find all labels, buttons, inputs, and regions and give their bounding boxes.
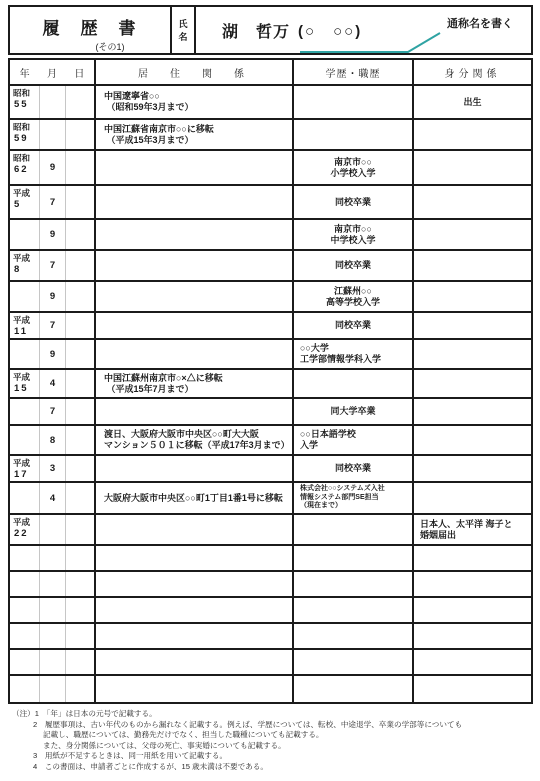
cell-year: 平成22 [10,515,40,544]
table-row [10,546,531,572]
era-label: 平成 [13,253,39,264]
history-table: 年 月 日 居 住 関 係 学歴・職歴 身分関係 昭和55 中国遼寧省○○ （昭… [8,58,533,704]
cell-residence [96,598,294,622]
cell-education [294,515,414,544]
cell-education [294,624,414,648]
cell-status [414,340,531,368]
cell-education [294,598,414,622]
year-value: 62 [13,164,39,175]
cell-day [66,650,96,674]
cell-status [414,313,531,338]
cell-residence: 大阪府大阪市中央区○○町1丁目1番1号に移転 [96,483,294,513]
column-header-date: 年 月 日 [10,60,96,84]
cell-year: 平成5 [10,186,40,218]
cell-residence [96,186,294,218]
form-title: 履 歴 書 [10,14,170,39]
cell-month: 4 [40,483,66,513]
note-line: 4 この書面は、申請者ごとに作成するが、15 歳未満は不要である。 [12,762,533,773]
cell-year [10,676,40,702]
cell-month [40,572,66,596]
cell-month [40,120,66,149]
cell-education [294,86,414,118]
cell-day [66,220,96,249]
note-line: 3 用紙が不足するときは、同一用紙を用いて記載する。 [12,751,533,762]
cell-status [414,120,531,149]
cell-residence: 中国江蘇省南京市○○に移転 （平成15年3月まで） [96,120,294,149]
column-header-education: 学歴・職歴 [294,60,414,84]
cell-status [414,399,531,424]
table-body: 昭和55 中国遼寧省○○ （昭和59年3月まで） 出生 昭和59 中国江蘇省南京… [10,86,531,702]
cell-education: 同校卒業 [294,186,414,218]
cell-month: 9 [40,151,66,184]
table-row: 平成22 日本人、太平洋 海子と 婚姻届出 [10,515,531,546]
name-label-char-2: 名 [178,32,187,42]
cell-year [10,399,40,424]
table-header-row: 年 月 日 居 住 関 係 学歴・職歴 身分関係 [10,60,531,86]
cell-education: 同校卒業 [294,313,414,338]
name-cell: 湖 哲万 (○ ○○) 通称名を書く [196,7,531,53]
cell-day [66,282,96,311]
cell-year [10,650,40,674]
notes: （注）1 「年」は日本の元号で記載する。2 履歴事項は、古い年代のものから漏れな… [8,709,533,772]
year-value: 55 [13,99,39,110]
cell-day [66,151,96,184]
cell-status [414,151,531,184]
cell-year [10,598,40,622]
cell-day [66,120,96,149]
table-row: 9 南京市○○ 中学校入学 [10,220,531,251]
cell-year: 昭和62 [10,151,40,184]
cell-education: 南京市○○ 小学校入学 [294,151,414,184]
table-row: 昭和55 中国遼寧省○○ （昭和59年3月まで） 出生 [10,86,531,120]
name-label-cell: 氏 名 [172,7,196,53]
cell-residence [96,151,294,184]
cell-residence [96,572,294,596]
cell-day [66,370,96,397]
cell-education: 江蘇州○○ 高等学校入学 [294,282,414,311]
table-row [10,676,531,702]
cell-day [66,456,96,481]
cell-month: 3 [40,456,66,481]
cell-education: ○○大学 工学部情報学科入学 [294,340,414,368]
table-row: 平成17 3 同校卒業 [10,456,531,483]
cell-year: 平成15 [10,370,40,397]
era-label: 昭和 [13,88,39,99]
year-value: 22 [13,528,39,539]
cell-education [294,120,414,149]
year-value: 5 [13,199,39,210]
cell-status [414,676,531,702]
era-label: 平成 [13,458,39,469]
cell-status [414,220,531,249]
cell-education: 株式会社○○システムズ入社 情報システム部門SE担当 （現在まで） [294,483,414,513]
table-row: 7 同大学卒業 [10,399,531,426]
era-label: 平成 [13,315,39,326]
cell-residence [96,676,294,702]
cell-education: 同校卒業 [294,251,414,280]
cell-month: 7 [40,186,66,218]
column-header-residence: 居 住 関 係 [96,60,294,84]
cell-education: 南京市○○ 中学校入学 [294,220,414,249]
cell-status [414,282,531,311]
cell-residence: 中国遼寧省○○ （昭和59年3月まで） [96,86,294,118]
cell-month [40,515,66,544]
form-header: 履 歴 書 (その1) 氏 名 湖 哲万 (○ ○○) 通称名を書く [8,5,533,55]
cell-status [414,598,531,622]
cell-month [40,598,66,622]
cell-day [66,399,96,424]
cell-month [40,86,66,118]
year-value: 11 [13,326,39,337]
era-label: 平成 [13,517,39,528]
cell-month [40,624,66,648]
era-label: 平成 [13,188,39,199]
cell-residence [96,650,294,674]
cell-status [414,370,531,397]
cell-year [10,572,40,596]
cell-month [40,676,66,702]
cell-education [294,572,414,596]
cell-education: 同校卒業 [294,456,414,481]
cell-education [294,676,414,702]
era-label: 昭和 [13,153,39,164]
cell-month [40,650,66,674]
column-header-day: 日 [65,65,94,80]
table-row [10,650,531,676]
cell-day [66,572,96,596]
table-row: 平成15 4 中国江蘇州南京市○×△に移転 （平成15年7月まで） [10,370,531,399]
form-title-cell: 履 歴 書 (その1) [10,7,172,53]
cell-month: 7 [40,313,66,338]
cell-day [66,515,96,544]
note-line: 記載し、職歴については、勤務先だけでなく、担当した職種についても記載する。 [12,730,533,741]
cell-residence [96,220,294,249]
cell-status [414,624,531,648]
cell-year [10,282,40,311]
applicant-name: 湖 哲万 [222,19,290,42]
cell-day [66,313,96,338]
column-header-status: 身分関係 [414,60,531,84]
cell-day [66,598,96,622]
cell-status [414,251,531,280]
table-row: 昭和62 9 南京市○○ 小学校入学 [10,151,531,186]
table-row [10,624,531,650]
table-row [10,572,531,598]
form-subtitle: (その1) [10,40,170,53]
cell-status [414,483,531,513]
alias-underline [298,25,478,55]
cell-day [66,676,96,702]
cell-day [66,546,96,570]
name-label-char-1: 氏 [178,19,187,29]
cell-day [66,426,96,454]
cell-month: 9 [40,340,66,368]
cell-year: 平成8 [10,251,40,280]
cell-residence [96,282,294,311]
table-row [10,598,531,624]
cell-month: 7 [40,251,66,280]
cell-education [294,370,414,397]
cell-year: 平成11 [10,313,40,338]
column-header-year: 年 [10,65,39,80]
alias-underline-stroke [300,33,440,52]
cell-education [294,650,414,674]
note-line: また、身分関係については、父母の死亡、事実婚についても記載する。 [12,741,533,752]
table-row: 9 ○○大学 工学部情報学科入学 [10,340,531,370]
table-row: 平成11 7 同校卒業 [10,313,531,340]
cell-residence [96,546,294,570]
cell-residence [96,340,294,368]
year-value: 59 [13,133,39,144]
era-label: 平成 [13,372,39,383]
cell-residence [96,251,294,280]
cell-day [66,483,96,513]
cell-status [414,650,531,674]
table-row: 8 渡日、大阪府大阪市中央区○○町大大阪 マンション５０１に移転（平成17年3月… [10,426,531,456]
resume-form-page: 履 歴 書 (その1) 氏 名 湖 哲万 (○ ○○) 通称名を書く 年 月 日… [0,0,540,781]
table-row: 平成5 7 同校卒業 [10,186,531,220]
cell-education: ○○日本語学校 入学 [294,426,414,454]
cell-year [10,426,40,454]
cell-residence: 中国江蘇州南京市○×△に移転 （平成15年7月まで） [96,370,294,397]
cell-residence: 渡日、大阪府大阪市中央区○○町大大阪 マンション５０１に移転（平成17年3月まで… [96,426,294,454]
cell-education [294,546,414,570]
cell-year: 平成17 [10,456,40,481]
cell-residence [96,515,294,544]
note-line: 2 履歴事項は、古い年代のものから漏れなく記載する。例えば、学歴については、転校… [12,720,533,731]
cell-month: 9 [40,220,66,249]
cell-year [10,220,40,249]
cell-month: 4 [40,370,66,397]
cell-status [414,426,531,454]
year-value: 15 [13,383,39,394]
cell-year: 昭和59 [10,120,40,149]
year-value: 8 [13,264,39,275]
cell-month: 7 [40,399,66,424]
table-row: 昭和59 中国江蘇省南京市○○に移転 （平成15年3月まで） [10,120,531,151]
era-label: 昭和 [13,122,39,133]
cell-year: 昭和55 [10,86,40,118]
cell-day [66,624,96,648]
cell-month [40,546,66,570]
cell-year [10,483,40,513]
column-header-month: 月 [39,65,64,80]
cell-residence [96,456,294,481]
cell-day [66,186,96,218]
cell-status [414,186,531,218]
cell-day [66,251,96,280]
table-row: 4 大阪府大阪市中央区○○町1丁目1番1号に移転 株式会社○○システムズ入社 情… [10,483,531,515]
cell-status [414,572,531,596]
cell-education: 同大学卒業 [294,399,414,424]
cell-year [10,546,40,570]
cell-status [414,546,531,570]
year-value: 17 [13,469,39,480]
cell-month: 9 [40,282,66,311]
table-row: 平成8 7 同校卒業 [10,251,531,282]
cell-year [10,624,40,648]
table-row: 9 江蘇州○○ 高等学校入学 [10,282,531,313]
cell-day [66,340,96,368]
cell-residence [96,399,294,424]
cell-year [10,340,40,368]
cell-residence [96,313,294,338]
cell-day [66,86,96,118]
cell-status: 日本人、太平洋 海子と 婚姻届出 [414,515,531,544]
cell-residence [96,624,294,648]
cell-status [414,456,531,481]
cell-status: 出生 [414,86,531,118]
cell-month: 8 [40,426,66,454]
note-line: （注）1 「年」は日本の元号で記載する。 [12,709,533,720]
